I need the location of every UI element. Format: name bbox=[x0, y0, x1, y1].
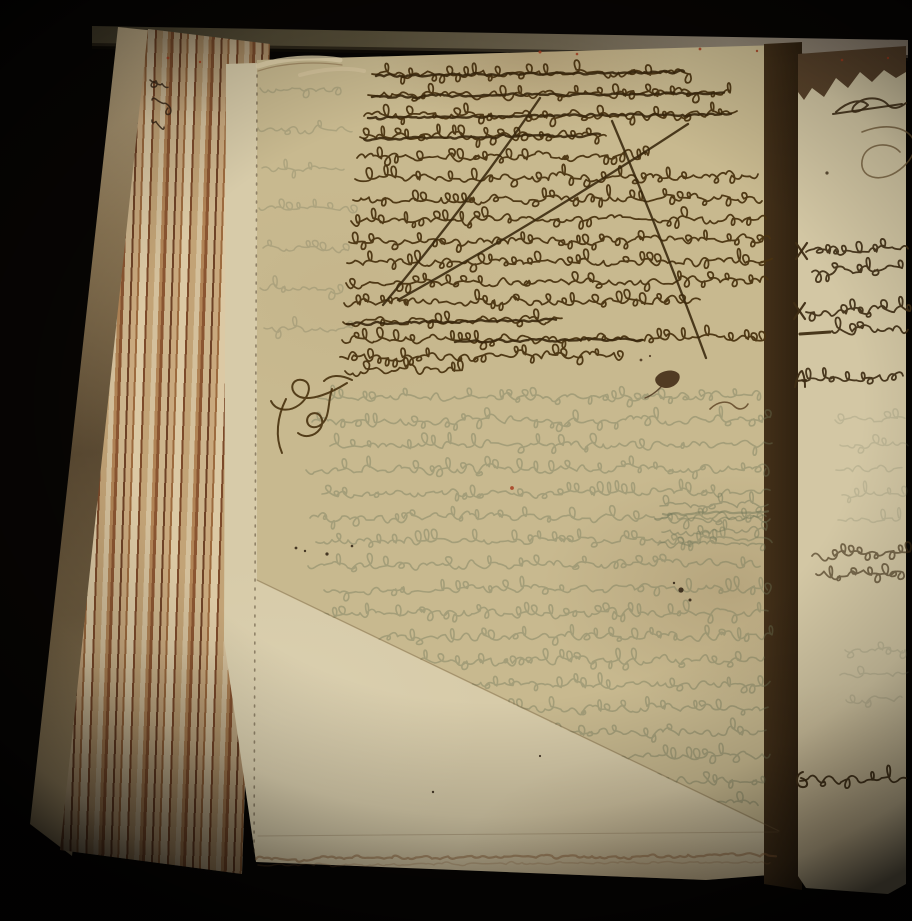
ghost-line bbox=[330, 433, 772, 456]
notarial-paraph bbox=[271, 376, 352, 453]
entry-line bbox=[349, 230, 770, 252]
entry-line bbox=[353, 185, 762, 207]
edge-inscription-stroke bbox=[150, 80, 168, 87]
heading-loop bbox=[862, 127, 912, 178]
squiggle-mark bbox=[710, 402, 748, 409]
entry-line bbox=[345, 358, 463, 376]
deckle-edge bbox=[258, 861, 770, 866]
ghost-line bbox=[842, 481, 907, 502]
ghost-line bbox=[326, 768, 765, 789]
ghost-line bbox=[846, 695, 902, 707]
annotation-line bbox=[806, 239, 908, 255]
annotation-line bbox=[802, 368, 903, 384]
entry-line bbox=[355, 164, 758, 186]
ink-speck bbox=[351, 545, 354, 548]
ink-speck bbox=[841, 59, 844, 62]
annotation-line bbox=[812, 542, 911, 561]
annotation-line bbox=[812, 258, 903, 282]
ink-blot bbox=[655, 370, 679, 388]
a-marker bbox=[795, 371, 805, 387]
ghost-line bbox=[836, 465, 902, 471]
ghost-line bbox=[318, 625, 773, 649]
ghost-line bbox=[318, 385, 761, 406]
ink-speck bbox=[640, 359, 643, 362]
under-leaf-edge bbox=[258, 832, 778, 836]
ghost-line bbox=[845, 642, 906, 658]
right-folio-ghost-text bbox=[835, 409, 908, 707]
entry-line bbox=[351, 207, 766, 229]
manuscript-photo bbox=[0, 0, 912, 921]
ghost-line bbox=[260, 276, 343, 299]
ghost-line bbox=[840, 666, 908, 677]
ghost-line bbox=[312, 406, 771, 431]
ghost-line bbox=[258, 121, 352, 135]
ghost-line bbox=[306, 648, 764, 670]
ghost-line bbox=[310, 506, 766, 529]
ghost-line bbox=[324, 576, 771, 600]
ghost-strike bbox=[663, 511, 768, 515]
ink-speck bbox=[576, 53, 579, 56]
ghost-line bbox=[259, 199, 357, 213]
ink-speck bbox=[887, 57, 889, 59]
ink-speck bbox=[756, 50, 758, 52]
amp-marker bbox=[797, 772, 807, 787]
ink-blots-and-flecks bbox=[167, 48, 890, 794]
ink-speck bbox=[304, 550, 306, 552]
ghost-line bbox=[320, 672, 770, 694]
ghost-line bbox=[322, 479, 770, 500]
bleed-through-ghost-text bbox=[258, 87, 773, 816]
page-corner-curls bbox=[258, 58, 364, 75]
entry-line bbox=[343, 309, 562, 328]
ink-speck bbox=[539, 51, 542, 54]
ghost-line bbox=[838, 508, 901, 523]
ink-speck bbox=[649, 355, 651, 357]
paraph-stroke bbox=[278, 399, 286, 453]
ink-speck bbox=[689, 599, 692, 602]
ink-artwork bbox=[0, 0, 912, 921]
leaf-edge-lines bbox=[254, 75, 779, 867]
cut-leaf-edge bbox=[254, 75, 257, 852]
annotation-line bbox=[832, 317, 908, 334]
a-marker bbox=[796, 380, 806, 381]
paraph-stroke bbox=[324, 376, 352, 381]
diagonal-cancel bbox=[398, 124, 688, 300]
ink-speck bbox=[295, 547, 298, 550]
ghost-line bbox=[660, 492, 768, 512]
ghost-line bbox=[308, 553, 760, 571]
ghost-line bbox=[306, 456, 769, 478]
annotation-line bbox=[800, 765, 906, 788]
ink-speck bbox=[825, 171, 828, 174]
ink-speck bbox=[678, 587, 683, 592]
curl-highlight bbox=[258, 58, 340, 66]
ghost-line bbox=[840, 435, 908, 453]
ink-speck bbox=[167, 57, 170, 60]
ghost-line bbox=[262, 159, 344, 177]
curl-highlight bbox=[300, 69, 364, 75]
ghost-line bbox=[264, 317, 353, 339]
annotation-line bbox=[816, 564, 904, 582]
strikethrough bbox=[368, 114, 731, 120]
paraph-stroke bbox=[298, 389, 332, 436]
ink-speck bbox=[510, 486, 514, 490]
edge-inscription-stroke bbox=[152, 120, 164, 129]
ink-speck bbox=[325, 552, 328, 555]
ghost-line bbox=[314, 697, 768, 717]
fore-edge-inscription bbox=[150, 80, 171, 129]
annotation-line bbox=[806, 297, 911, 321]
entry-line bbox=[347, 249, 772, 272]
deckle-edge bbox=[256, 853, 776, 862]
ghost-line bbox=[835, 409, 905, 424]
ghost-line bbox=[322, 718, 766, 742]
ghost-line bbox=[263, 240, 349, 252]
ghost-line bbox=[260, 87, 341, 97]
edge-inscription-stroke bbox=[152, 98, 171, 114]
ghost-line bbox=[312, 600, 768, 623]
ink-speck bbox=[699, 48, 702, 51]
entry-line bbox=[340, 344, 623, 366]
ghost-line bbox=[316, 792, 758, 816]
ink-speck bbox=[673, 582, 675, 584]
ink-speck bbox=[199, 61, 201, 63]
ink-speck bbox=[432, 791, 434, 793]
cancelled-entry-script bbox=[340, 60, 772, 376]
annotation-strike bbox=[800, 332, 830, 334]
ink-speck bbox=[539, 755, 541, 757]
